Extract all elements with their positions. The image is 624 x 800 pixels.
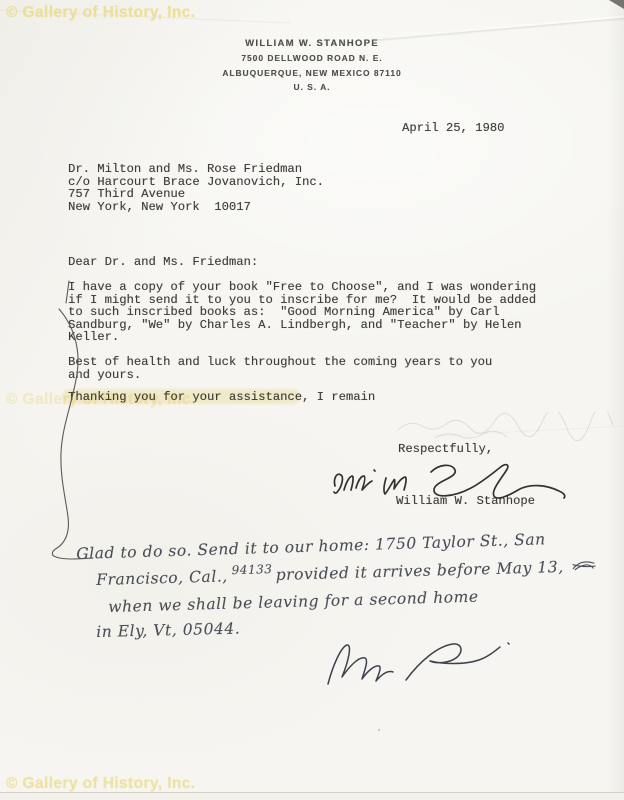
recipient-address: Dr. Milton and Ms. Rose Friedman c/o Har… bbox=[68, 163, 324, 213]
paper-speck bbox=[378, 729, 380, 731]
body-paragraph-2: Best of health and luck throughout the c… bbox=[68, 356, 492, 381]
margin-bracket-line bbox=[40, 270, 110, 566]
annotation-line-4: in Ely, Vt, 05044. bbox=[96, 619, 241, 641]
letterhead: WILLIAM W. STANHOPE 7500 DELLWOOD ROAD N… bbox=[0, 38, 624, 97]
crossout-scribble bbox=[571, 557, 597, 574]
paper-bottom-edge bbox=[0, 792, 624, 800]
body-paragraph-1: I have a copy of your book "Free to Choo… bbox=[68, 281, 536, 344]
annotation-line-1: Glad to do so. Send it to our home: 1750… bbox=[76, 530, 546, 563]
stanhope-signature bbox=[328, 450, 573, 508]
watermark-top: © Gallery of History, Inc. bbox=[6, 4, 196, 22]
watermark-bottom: © Gallery of History, Inc. bbox=[6, 775, 196, 793]
letter-date: April 25, 1980 bbox=[402, 122, 504, 135]
letterhead-name: WILLIAM W. STANHOPE bbox=[0, 38, 624, 49]
annotation-line-3: when we shall be leaving for a second ho… bbox=[108, 588, 479, 616]
salutation: Dear Dr. and Ms. Friedman: bbox=[68, 256, 258, 269]
letterhead-street: 7500 DELLWOOD ROAD N. E. bbox=[0, 53, 624, 63]
ghost-writing-impression bbox=[395, 412, 620, 444]
letterhead-city: ALBUQUERQUE, NEW MEXICO 87110 bbox=[0, 68, 624, 78]
annotation-line-2-rest: provided it arrives before May 13, bbox=[275, 558, 563, 584]
watermark-tint-band bbox=[62, 389, 300, 404]
paper-edge-shadow bbox=[606, 0, 624, 800]
scanned-letter: © Gallery of History, Inc. © Gallery of … bbox=[0, 0, 624, 800]
letterhead-country: U. S. A. bbox=[0, 82, 624, 92]
folded-corner bbox=[609, 0, 624, 9]
annotation-line-2-text: Francisco, Cal., bbox=[96, 567, 228, 589]
crease-line bbox=[372, 14, 624, 39]
friedman-signature bbox=[316, 632, 526, 694]
annotation-line-2: Francisco, Cal.,94133provided it arrives… bbox=[96, 557, 597, 589]
annotation-zip-code: 94133 bbox=[231, 562, 272, 577]
